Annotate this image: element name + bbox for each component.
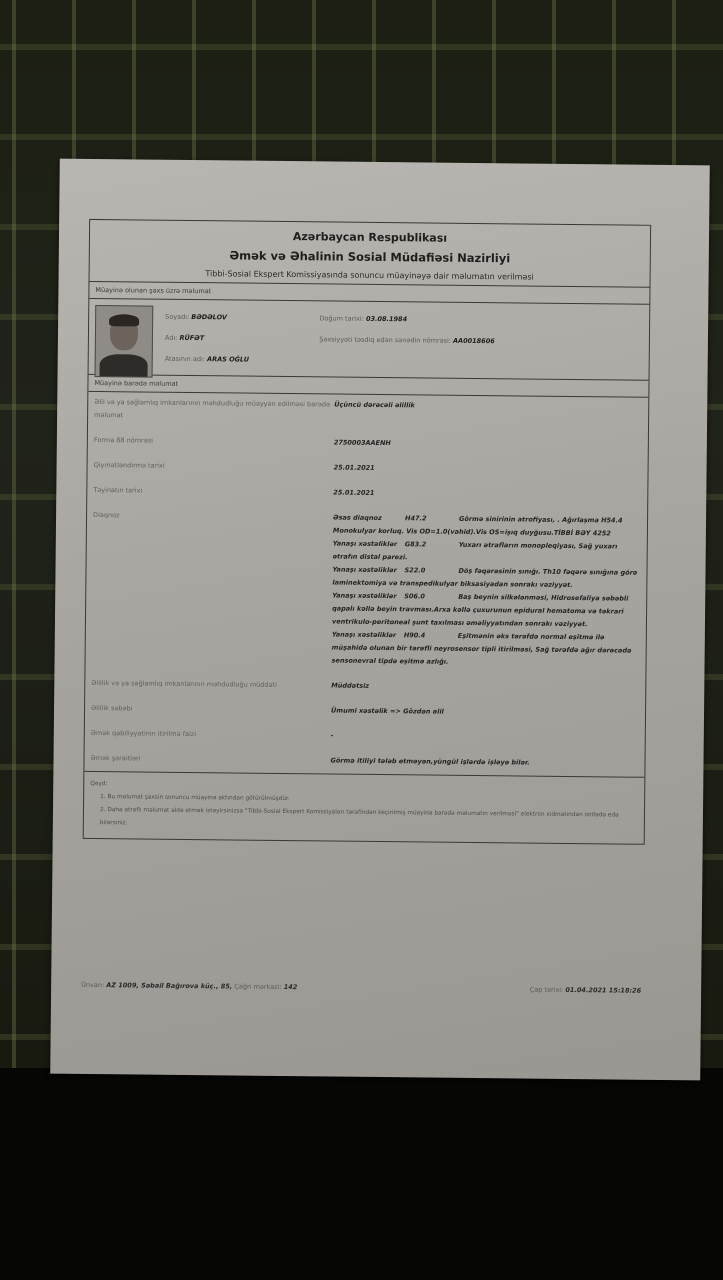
diagnosis-entry: Yanaşı xəstəliklərH90.4Eşitmənin əks tər… bbox=[331, 628, 639, 670]
exam-row: Təyinatın tarixi25.01.2021 bbox=[93, 484, 641, 503]
exam-row: Əmək qabiliyyətinin itirilmə faizi- bbox=[91, 727, 639, 746]
dark-foreground-shadow bbox=[0, 1068, 723, 1280]
diagnosis-code: S22.0 bbox=[404, 564, 458, 578]
diagnosis-code: H90.4 bbox=[404, 629, 458, 643]
birth-date-label: Doğum tarixi: bbox=[319, 314, 364, 322]
exam-row: Əlil və ya sağlamlıq imkanlarının məhdud… bbox=[94, 396, 642, 428]
document-subtitle: Tibbi-Sosial Ekspert Komissiyasında sonu… bbox=[90, 268, 650, 283]
id-doc-label: Şəxsiyyəti təsdiq edən sənədin nömrəsi: bbox=[319, 336, 451, 345]
ministry-title: Əmək və Əhalinin Sosial Müdafiəsi Nazirl… bbox=[90, 247, 650, 267]
row-label: Əlillik səbəbi bbox=[91, 702, 331, 718]
row-label: Forma 88 nömrəsi bbox=[94, 434, 334, 450]
surname-value: BƏDƏLOV bbox=[191, 313, 227, 321]
diagnosis-entry: Yanaşı xəstəliklərS22.0Döş fəqərəsinin s… bbox=[332, 564, 640, 593]
row-label: Əmək qabiliyyətinin itirilmə faizi bbox=[91, 727, 331, 743]
exam-row: Əlillik və ya sağlamlıq imkanlarının məh… bbox=[91, 677, 639, 696]
address-value: AZ 1009, Səbail Bağırova küç., 85, bbox=[106, 981, 232, 990]
diagnosis-label: Diaqnoz bbox=[92, 509, 334, 668]
row-value: 25.01.2021 bbox=[333, 487, 641, 503]
row-value: 2750003AAENH bbox=[334, 437, 642, 453]
exam-row: Qiymətləndirmə tarixi25.01.2021 bbox=[94, 459, 642, 478]
row-label: Təyinatın tarixi bbox=[93, 484, 333, 500]
person-photo-icon bbox=[95, 305, 154, 378]
row-label: Əlillik və ya sağlamlıq imkanlarının məh… bbox=[91, 677, 331, 693]
diagnosis-type: Yanaşı xəstəliklər bbox=[333, 538, 405, 552]
call-center-value: 142 bbox=[284, 983, 298, 991]
document-footer: Ünvan: AZ 1009, Səbail Bağırova küç., 85… bbox=[81, 981, 641, 995]
surname-label: Soyadı: bbox=[165, 312, 189, 320]
birth-date-value: 03.08.1984 bbox=[366, 315, 407, 323]
exam-row: Əmək şəraitləriGörmə itiliyi tələb etməy… bbox=[90, 752, 638, 771]
diagnosis-code: S06.0 bbox=[404, 590, 458, 604]
diagnosis-entry: Əsas diaqnozH47.2Görmə sinirinin atrofiy… bbox=[333, 512, 641, 541]
exam-row: Əlillik səbəbiÜmumi xəstəlik => Gözdən ə… bbox=[91, 702, 639, 721]
diagnosis-row: Diaqnoz Əsas diaqnozH47.2Görmə sinirinin… bbox=[92, 509, 642, 671]
call-center-label: Çağrı mərkəzi: bbox=[234, 982, 281, 990]
diagnosis-code: G83.2 bbox=[405, 538, 459, 552]
row-value: - bbox=[331, 729, 639, 745]
patronymic-value: ARAS OĞLU bbox=[207, 355, 249, 363]
row-value: Müddətsiz bbox=[331, 679, 639, 695]
document-frame: Azərbaycan Respublikası Əmək və Əhalinin… bbox=[83, 219, 651, 845]
printed-document: Azərbaycan Respublikası Əmək və Əhalinin… bbox=[50, 159, 710, 1081]
print-date-label: Çap tarixi: bbox=[530, 986, 564, 994]
person-info: Soyadı: BƏDƏLOV Adı: RÜFƏT Atasının adı:… bbox=[89, 299, 650, 381]
row-label: Əmək şəraitləri bbox=[90, 752, 330, 768]
id-doc-value: AA0018606 bbox=[453, 337, 495, 345]
exam-row: Forma 88 nömrəsi2750003AAENH bbox=[94, 434, 642, 453]
diagnosis-type: Yanaşı xəstəliklər bbox=[332, 628, 404, 642]
patronymic-label: Atasının adı: bbox=[165, 354, 205, 362]
diagnosis-code: H47.2 bbox=[405, 512, 459, 526]
row-value: 25.01.2021 bbox=[334, 462, 642, 478]
print-date-value: 01.04.2021 15:18:26 bbox=[565, 986, 641, 995]
diagnosis-entry: Yanaşı xəstəliklərG83.2Yuxarı ətrafların… bbox=[333, 538, 641, 567]
row-value: Üçüncü dərəcəli əlillik bbox=[334, 399, 642, 428]
exam-info: Əlil və ya sağlamlıq imkanlarının məhdud… bbox=[84, 392, 648, 778]
address-label: Ünvan: bbox=[81, 981, 104, 989]
name-value: RÜFƏT bbox=[179, 333, 204, 341]
note-item: 2. Daha ətraflı məlumat əldə etmək istəy… bbox=[90, 804, 638, 836]
diagnosis-list: Əsas diaqnozH47.2Görmə sinirinin atrofiy… bbox=[331, 512, 641, 671]
diagnosis-entry: Yanaşı xəstəliklərS06.0Baş beynin silkəl… bbox=[332, 589, 640, 631]
row-label: Qiymətləndirmə tarixi bbox=[94, 459, 334, 475]
republic-title: Azərbaycan Respublikası bbox=[90, 228, 650, 247]
notes-section: Qeyd: 1. Bu məlumat şəxsin sonuncu müayi… bbox=[84, 772, 645, 844]
diagnosis-type: Yanaşı xəstəliklər bbox=[332, 564, 404, 578]
diagnosis-type: Əsas diaqnoz bbox=[333, 512, 405, 526]
document-header: Azərbaycan Respublikası Əmək və Əhalinin… bbox=[90, 220, 651, 288]
name-label: Adı: bbox=[165, 333, 178, 341]
row-value: Ümumi xəstəlik => Gözdən əlil bbox=[331, 704, 639, 720]
row-label: Əlil və ya sağlamlıq imkanlarının məhdud… bbox=[94, 396, 334, 425]
row-value: Görmə itiliyi tələb etməyən,yüngül işlər… bbox=[330, 754, 638, 770]
diagnosis-type: Yanaşı xəstəliklər bbox=[332, 589, 404, 603]
